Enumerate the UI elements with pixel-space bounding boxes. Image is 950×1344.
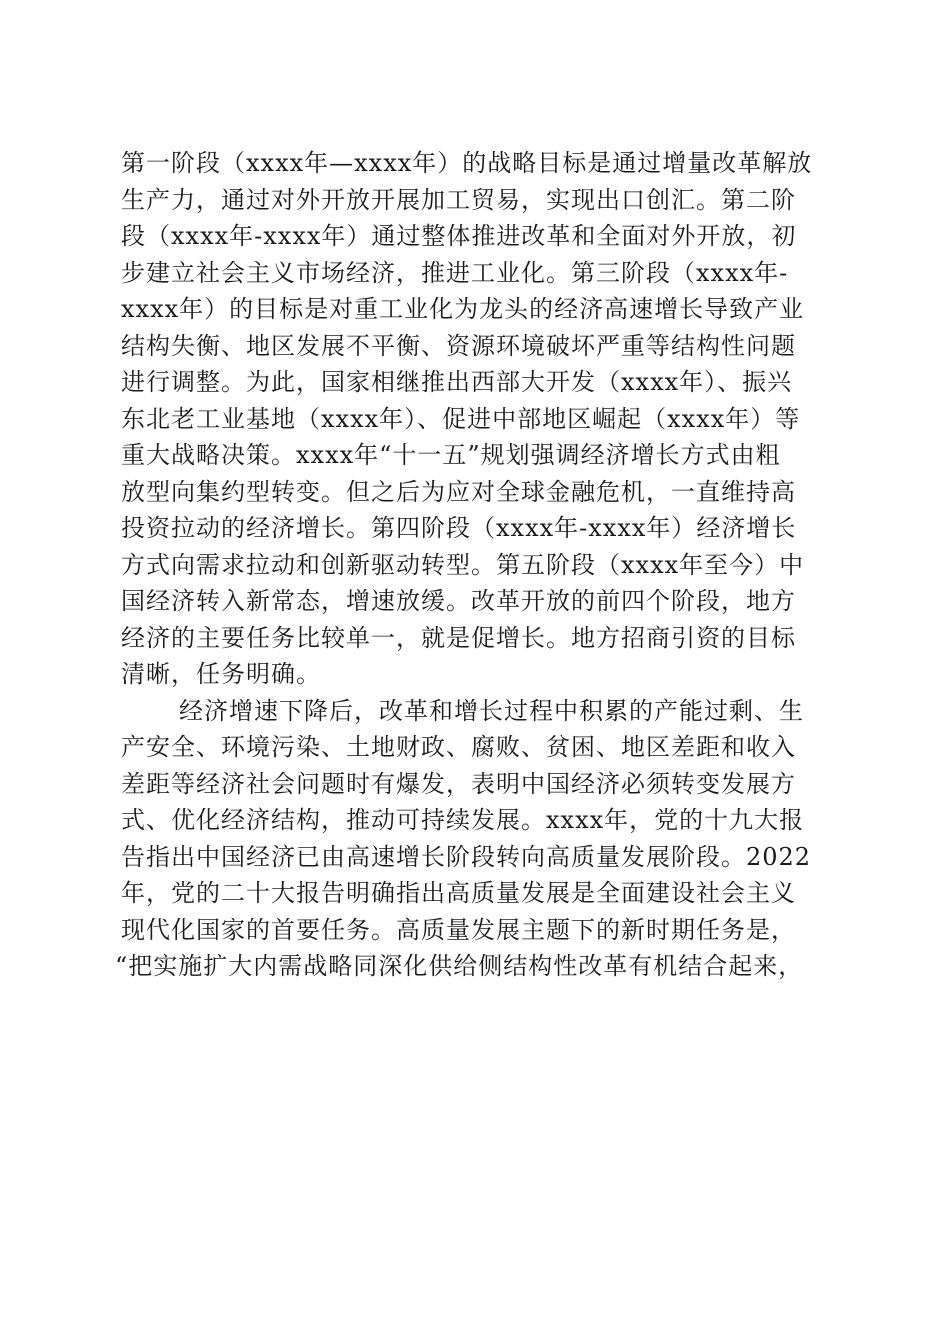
text-line: 步建立社会主义市场经济，推进工业化。第三阶段（xxxx年- xyxy=(121,255,823,292)
text-line: 产安全、环境污染、土地财政、腐败、贫困、地区差距和收入 xyxy=(121,729,823,766)
text-line: 结构失衡、地区发展不平衡、资源环境破坏严重等结构性问题 xyxy=(121,328,823,365)
text-line: 经济增速下降后，改革和增长过程中积累的产能过剩、生 xyxy=(121,693,823,730)
paragraph-2: 经济增速下降后，改革和增长过程中积累的产能过剩、生 产安全、环境污染、土地财政、… xyxy=(121,693,823,985)
text-line: 第一阶段（xxxx年—xxxx年）的战略目标是通过增量改革解放 xyxy=(121,145,823,182)
text-line: 清晰，任务明确。 xyxy=(121,656,823,693)
text-line: 现代化国家的首要任务。高质量发展主题下的新时期任务是， xyxy=(121,912,823,949)
document-page: 第一阶段（xxxx年—xxxx年）的战略目标是通过增量改革解放 生产力，通过对外… xyxy=(0,0,950,1344)
text-line: 东北老工业基地（xxxx年）、促进中部地区崛起（xxxx年）等 xyxy=(121,401,823,438)
body-text: 第一阶段（xxxx年—xxxx年）的战略目标是通过增量改革解放 生产力，通过对外… xyxy=(121,145,823,985)
text-line: 段（xxxx年-xxxx年）通过整体推进改革和全面对外开放，初 xyxy=(121,218,823,255)
text-line: “把实施扩大内需战略同深化供给侧结构性改革有机结合起来， xyxy=(115,948,829,985)
text-line: 国经济转入新常态，增速放缓。改革开放的前四个阶段，地方 xyxy=(121,583,823,620)
text-line: 投资拉动的经济增长。第四阶段（xxxx年-xxxx年）经济增长 xyxy=(121,510,823,547)
text-line: 经济的主要任务比较单一，就是促增长。地方招商引资的目标 xyxy=(121,620,823,657)
text-line: 告指出中国经济已由高速增长阶段转向高质量发展阶段。2022 xyxy=(121,839,823,876)
text-line: 生产力，通过对外开放开展加工贸易，实现出口创汇。第二阶 xyxy=(121,182,823,219)
text-line: 方式向需求拉动和创新驱动转型。第五阶段（xxxx年至今）中 xyxy=(121,547,823,584)
text-line: 式、优化经济结构，推动可持续发展。xxxx年，党的十九大报 xyxy=(121,802,823,839)
text-line: 年，党的二十大报告明确指出高质量发展是全面建设社会主义 xyxy=(121,875,823,912)
text-line: 放型向集约型转变。但之后为应对全球金融危机，一直维持高 xyxy=(121,474,823,511)
text-line: 差距等经济社会问题时有爆发，表明中国经济必须转变发展方 xyxy=(121,766,823,803)
text-line: 进行调整。为此，国家相继推出西部大开发（xxxx年）、振兴 xyxy=(121,364,823,401)
text-line: xxxx年）的目标是对重工业化为龙头的经济高速增长导致产业 xyxy=(121,291,823,328)
paragraph-1: 第一阶段（xxxx年—xxxx年）的战略目标是通过增量改革解放 生产力，通过对外… xyxy=(121,145,823,693)
text-line: 重大战略决策。xxxx年“十一五”规划强调经济增长方式由粗 xyxy=(121,437,823,474)
